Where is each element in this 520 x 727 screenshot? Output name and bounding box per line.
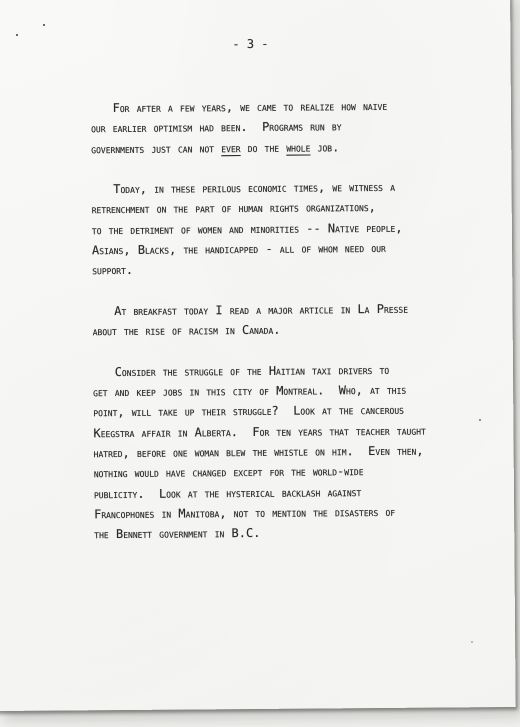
ink-speck [43,24,45,26]
text-run: Consider the struggle of the Haitian tax… [93,363,426,542]
text-run: job. [310,140,339,154]
text-run: do the [240,140,286,154]
paragraph: Consider the struggle of the Haitian tax… [93,359,490,545]
underlined-text: whole [286,140,310,154]
page-number: - 3 - [0,32,510,56]
underlined-text: ever [221,141,240,155]
text-run: At breakfast today I read a major articl… [92,302,408,339]
document-body: For after a few years, we came to realiz… [91,95,491,565]
document-page: - 3 - For after a few years, we came to … [0,0,516,711]
ink-speck [16,34,18,36]
ink-speck [471,641,473,643]
text-run: Today, in these perilous economic times,… [91,180,402,278]
paragraph: For after a few years, we came to realiz… [91,95,487,159]
ink-speck [479,419,481,421]
paragraph: Today, in these perilous economic times,… [91,176,488,281]
paragraph: At breakfast today I read a major articl… [92,298,488,342]
scan-scene: - 3 - For after a few years, we came to … [0,0,520,727]
